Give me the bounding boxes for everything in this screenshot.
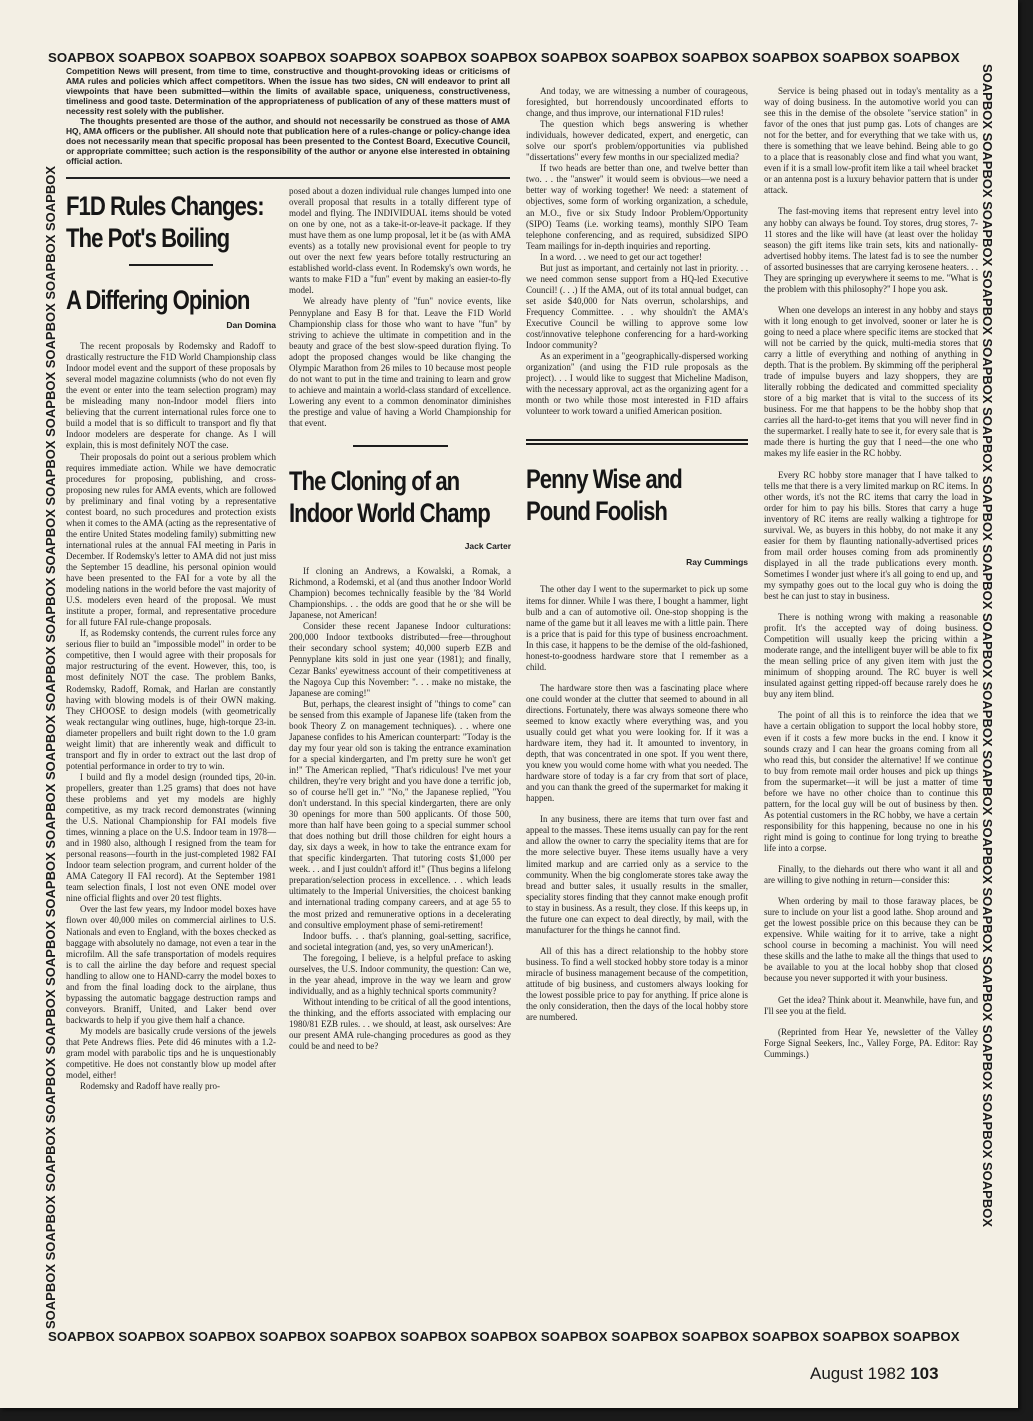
column-1: F1D Rules Changes: The Pot's Boiling A D… (66, 190, 276, 1092)
paragraph: The point of all this is to reinforce th… (764, 710, 978, 854)
soapbox-band-top: SOAPBOX SOAPBOX SOAPBOX SOAPBOX SOAPBOX … (48, 50, 1008, 65)
paragraph: The fast-moving items that represent ent… (764, 206, 978, 294)
soapbox-band-right-text: SOAPBOX SOAPBOX SOAPBOX SOAPBOX SOAPBOX … (980, 64, 995, 1227)
paragraph: The hardware store then was a fascinatin… (526, 683, 748, 805)
paragraph: Consider these recent Japanese Indoor cu… (289, 621, 511, 698)
editorial-disclaimer: Competition News will present, from time… (66, 66, 510, 166)
headline-line: The Cloning of an (289, 465, 471, 497)
paragraph: But, perhaps, the clearest insight of "t… (289, 699, 511, 931)
paragraph: As an experiment in a "geographically-di… (526, 351, 748, 417)
paragraph: I build and fly a model design (rounded … (66, 772, 276, 905)
paragraph: There is nothing wrong with making a rea… (764, 612, 978, 700)
paragraph: The question which begs answering is whe… (526, 119, 748, 163)
page-number: 103 (910, 1364, 938, 1383)
soapbox-band-right: SOAPBOX SOAPBOX SOAPBOX SOAPBOX SOAPBOX … (980, 64, 996, 1329)
paragraph: If cloning an Andrews, a Kowalski, a Rom… (289, 566, 511, 621)
paragraph: Rodemsky and Radoff have really pro- (66, 1081, 276, 1092)
paragraph: And today, we are witnessing a number of… (526, 86, 748, 119)
paragraph: The recent proposals by Rodemsky and Rad… (66, 341, 276, 451)
article-subhead: A Differing Opinion (66, 284, 238, 316)
article-headline: Penny Wise and Pound Foolish (526, 463, 708, 527)
magazine-page: SOAPBOX SOAPBOX SOAPBOX SOAPBOX SOAPBOX … (0, 0, 1018, 1408)
paragraph: In a word. . . we need to get our act to… (526, 252, 748, 263)
divider (353, 445, 448, 447)
headline-line: Pound Foolish (526, 495, 708, 527)
paragraph: All of this has a direct relationship to… (526, 946, 748, 1023)
article-headline: F1D Rules Changes: The Pot's Boiling (66, 190, 238, 254)
paragraph: When one develops an interest in any hob… (764, 305, 978, 460)
paragraph: Their proposals do point out a serious p… (66, 452, 276, 629)
byline: Jack Carter (289, 541, 511, 552)
paragraph: The foregoing, I believe, is a helpful p… (289, 953, 511, 997)
paragraph: My models are basically crude versions o… (66, 1026, 276, 1081)
byline: Dan Domina (66, 320, 276, 331)
issue-date: August 1982 (810, 1364, 905, 1383)
paragraph: Service is being phased out in today's m… (764, 86, 978, 196)
paragraph: If two heads are better than one, and tw… (526, 163, 748, 251)
disclaimer-paragraph: Competition News will present, from time… (66, 66, 510, 116)
headline-line: Penny Wise and (526, 463, 708, 495)
paragraph: Finally, to the diehards out there who w… (764, 864, 978, 886)
paragraph: Every RC hobby store manager that I have… (764, 470, 978, 603)
article-headline: The Cloning of an Indoor World Champ (289, 465, 471, 529)
headline-line: Indoor World Champ (289, 497, 471, 529)
paragraph: Get the idea? Think about it. Meanwhile,… (764, 995, 978, 1017)
paragraph: Over the last few years, my Indoor model… (66, 904, 276, 1026)
column-2: posed about a dozen individual rule chan… (289, 186, 511, 1052)
page-folio: August 1982 103 (810, 1364, 939, 1384)
divider (66, 177, 510, 179)
headline-line: The Pot's Boiling (66, 222, 238, 254)
headline-line: F1D Rules Changes: (66, 190, 238, 222)
paragraph: But just as important, and certainly not… (526, 263, 748, 351)
paragraph: We already have plenty of "fun" novice e… (289, 296, 511, 429)
soapbox-band-left: SOAPBOX SOAPBOX SOAPBOX SOAPBOX SOAPBOX … (42, 64, 58, 1329)
paragraph: Without intending to be critical of all … (289, 997, 511, 1052)
paragraph: When ordering by mail to those faraway p… (764, 896, 978, 984)
paragraph: In any business, there are items that tu… (526, 814, 748, 936)
paragraph: Indoor buffs. . . that's planning, goal-… (289, 931, 511, 953)
column-3: And today, we are witnessing a number of… (526, 86, 748, 1023)
soapbox-band-bottom: SOAPBOX SOAPBOX SOAPBOX SOAPBOX SOAPBOX … (48, 1329, 1008, 1344)
paragraph: posed about a dozen individual rule chan… (289, 186, 511, 296)
paragraph: The other day I went to the supermarket … (526, 584, 748, 672)
double-divider (526, 439, 748, 445)
paragraph: (Reprinted from Hear Ye, newsletter of t… (764, 1027, 978, 1060)
divider (129, 264, 213, 266)
soapbox-band-left-text: SOAPBOX SOAPBOX SOAPBOX SOAPBOX SOAPBOX … (43, 166, 58, 1329)
byline: Ray Cummings (526, 557, 748, 568)
paragraph: If, as Rodemsky contends, the current ru… (66, 628, 276, 772)
column-4: Service is being phased out in today's m… (764, 86, 978, 1060)
disclaimer-paragraph: The thoughts presented are those of the … (66, 116, 510, 166)
